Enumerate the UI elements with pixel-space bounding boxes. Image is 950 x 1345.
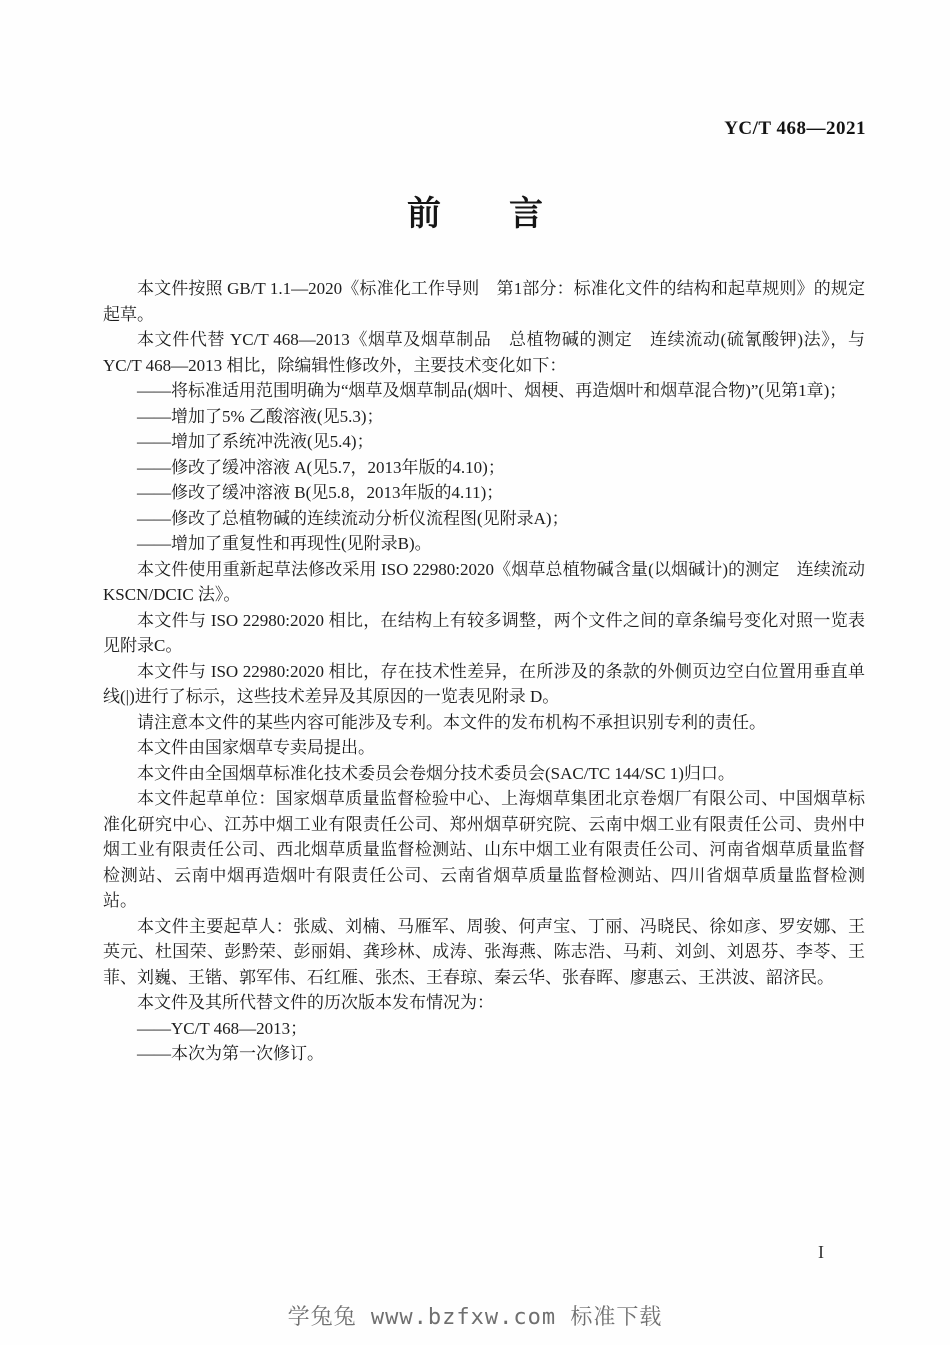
paragraph: 本文件及其所代替文件的历次版本发布情况为： xyxy=(103,990,865,1016)
change-list-item: ——增加了重复性和再现性(见附录B)。 xyxy=(103,531,865,557)
paragraph: 本文件起草单位：国家烟草质量监督检验中心、上海烟草集团北京卷烟厂有限公司、中国烟… xyxy=(103,786,865,914)
paragraph: 本文件主要起草人：张威、刘楠、马雁军、周骏、何声宝、丁丽、冯晓民、徐如彦、罗安娜… xyxy=(103,914,865,991)
change-list-item: ——增加了5% 乙酸溶液(见5.3)； xyxy=(103,404,865,430)
change-list-item: ——修改了缓冲溶液 A(见5.7，2013年版的4.10)； xyxy=(103,455,865,481)
paragraph: 本文件由国家烟草专卖局提出。 xyxy=(103,735,865,761)
document-page: YC/T 468—2021 前 言 本文件按照 GB/T 1.1—2020《标准… xyxy=(0,0,950,1345)
watermark-text: 学兔兔 www.bzfxw.com 标准下载 xyxy=(0,1300,950,1331)
change-list-item: ——修改了总植物碱的连续流动分析仪流程图(见附录A)； xyxy=(103,506,865,532)
change-list-item: ——将标准适用范围明确为“烟草及烟草制品(烟叶、烟梗、再造烟叶和烟草混合物)”(… xyxy=(103,378,865,404)
change-list-item: ——修改了缓冲溶液 B(见5.8，2013年版的4.11)； xyxy=(103,480,865,506)
paragraph: 本文件与 ISO 22980:2020 相比，存在技术性差异，在所涉及的条款的外… xyxy=(103,659,865,710)
page-number: I xyxy=(818,1242,824,1263)
foreword-body: 本文件按照 GB/T 1.1—2020《标准化工作导则 第1部分：标准化文件的结… xyxy=(103,276,865,1067)
paragraph: 本文件使用重新起草法修改采用 ISO 22980:2020《烟草总植物碱含量(以… xyxy=(103,557,865,608)
paragraph: 本文件按照 GB/T 1.1—2020《标准化工作导则 第1部分：标准化文件的结… xyxy=(103,276,865,327)
paragraph: 本文件由全国烟草标准化技术委员会卷烟分技术委员会(SAC/TC 144/SC 1… xyxy=(103,761,865,787)
paragraph: 本文件代替 YC/T 468—2013《烟草及烟草制品 总植物碱的测定 连续流动… xyxy=(103,327,865,378)
history-list-item: ——本次为第一次修订。 xyxy=(103,1041,865,1067)
paragraph: 请注意本文件的某些内容可能涉及专利。本文件的发布机构不承担识别专利的责任。 xyxy=(103,710,865,736)
history-list-item: ——YC/T 468—2013； xyxy=(103,1016,865,1042)
paragraph: 本文件与 ISO 22980:2020 相比，在结构上有较多调整，两个文件之间的… xyxy=(103,608,865,659)
change-list-item: ——增加了系统冲洗液(见5.4)； xyxy=(103,429,865,455)
standard-number-header: YC/T 468—2021 xyxy=(724,118,866,140)
foreword-title: 前 言 xyxy=(0,186,950,235)
